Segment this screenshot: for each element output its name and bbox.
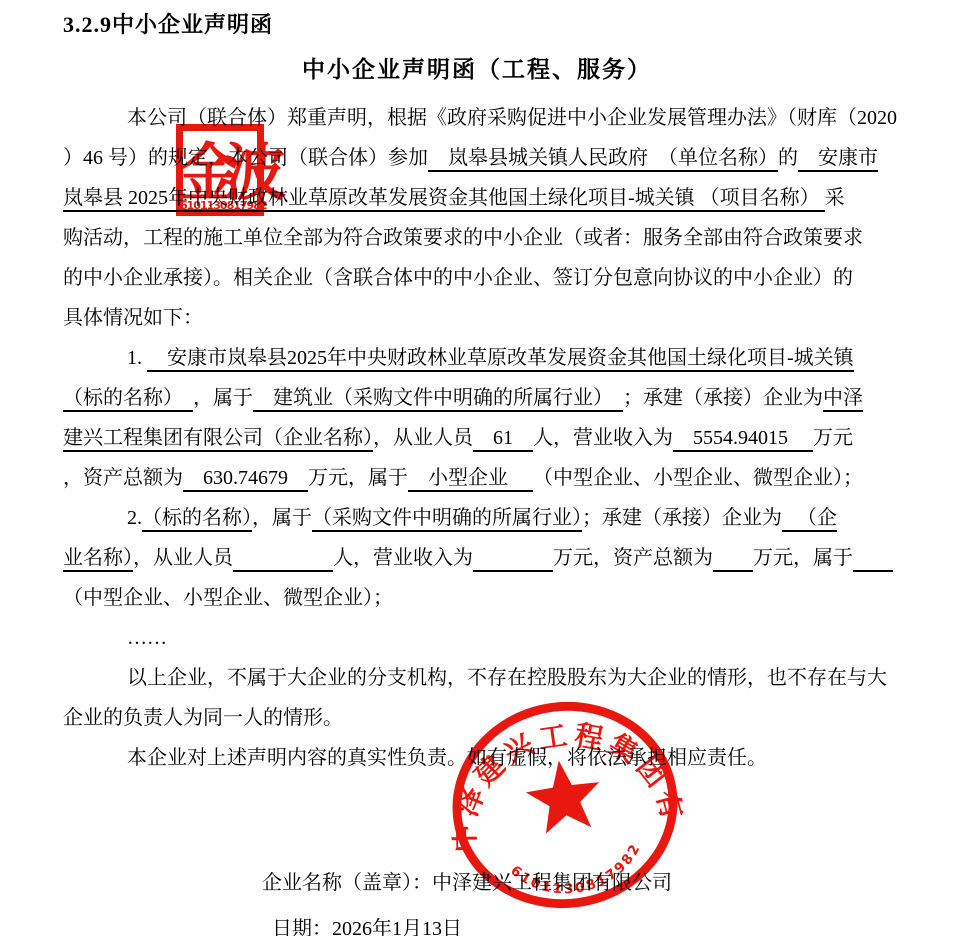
document-line: （中型企业、小型企业、微型企业）；: [63, 578, 905, 618]
filled-field: [233, 547, 333, 572]
text-segment: ，属于: [193, 387, 253, 409]
filled-field: 安康市岚皋县2025年中央财政林业草原改革发展资金其他国土绿化项目-城关镇: [147, 347, 854, 372]
company-name-label: 企业名称（盖章）：: [262, 872, 432, 894]
text-segment: ，从业人员: [373, 427, 473, 449]
text-segment: 以上企业，不属于大企业的分支机构，不存在控股股东为大企业的情形，也不存在与大: [127, 667, 887, 689]
text-segment: ；承建（承接）企业为: [623, 387, 823, 409]
document-line: 具体情况如下：: [63, 298, 905, 338]
document-line: 1. 安康市岚皋县2025年中央财政林业草原改革发展资金其他国土绿化项目-城关镇: [63, 338, 905, 378]
filled-field: 61: [473, 427, 533, 452]
text-segment: ，资产总额为: [63, 467, 183, 489]
text-segment: 采: [825, 187, 845, 209]
text-segment: 的中小企业承接）。相关企业（含联合体中的中小企业、签订分包意向协议的中小企业）的: [63, 267, 853, 289]
date-value: 2026年1月13日: [332, 918, 462, 936]
text-segment: （中型企业、小型企业、微型企业）；: [63, 587, 393, 609]
document-page: 3.2.9中小企业声明函 中小企业声明函（工程、服务） 本公司（联合体）郑重声明…: [0, 0, 954, 936]
document-line: 购活动，工程的施工单位全部为符合政策要求的中小企业（或者：服务全部由符合政策要求: [63, 218, 905, 258]
text-segment: 人，营业收入为: [333, 547, 473, 569]
text-segment: ……: [127, 627, 167, 649]
text-segment: ；承建（承接）企业为: [582, 507, 782, 529]
document-line: ，资产总额为 630.74679 万元，属于 小型企业 （中型企业、小型企业、微…: [63, 458, 905, 498]
filled-field: 5554.94015: [673, 427, 813, 452]
text-segment: 万元，属于: [308, 467, 408, 489]
filled-field: 建筑业（采购文件中明确的所属行业）: [253, 387, 623, 412]
filled-field: （标的名称）: [63, 387, 193, 412]
text-segment: 购活动，工程的施工单位全部为符合政策要求的中小企业（或者：服务全部由符合政策要求: [63, 227, 863, 249]
text-segment: 万元，资产总额为: [553, 547, 713, 569]
filled-field: 安康市: [798, 147, 878, 172]
filled-field: [853, 547, 893, 572]
page-title: 中小企业声明函（工程、服务）: [0, 54, 954, 86]
text-segment: 2.: [127, 507, 142, 529]
filled-field: 业名称）: [63, 547, 133, 572]
document-line: ……: [63, 618, 905, 658]
text-segment: 1.: [127, 347, 147, 369]
text-segment: 万元: [813, 427, 853, 449]
text-segment: 的: [778, 147, 798, 169]
filled-field: 小型企业: [408, 467, 533, 492]
filled-field: [473, 547, 553, 572]
filled-field: 岚皋县城关镇人民政府 （单位名称）: [428, 147, 778, 172]
name-stamp-number: 6101130817982: [180, 199, 267, 212]
filled-field: 630.74679: [183, 467, 308, 492]
document-line: （标的名称） ，属于 建筑业（采购文件中明确的所属行业） ；承建（承接）企业为中…: [63, 378, 905, 418]
text-segment: 人，营业收入为: [533, 427, 673, 449]
text-segment: 具体情况如下：: [63, 307, 203, 329]
text-segment: ，属于: [252, 507, 312, 529]
text-segment: 万元，属于: [753, 547, 853, 569]
document-line: 建兴工程集团有限公司（企业名称），从业人员 61 人，营业收入为 5554.94…: [63, 418, 905, 458]
text-segment: （中型企业、小型企业、微型企业）；: [533, 467, 863, 489]
filled-field: [713, 547, 753, 572]
filled-field: （采购文件中明确的所属行业）: [312, 507, 582, 532]
filled-field: （企: [782, 507, 837, 532]
name-stamp: 金波 6101130817982: [176, 124, 264, 216]
filled-field: （标的名称）: [142, 507, 252, 532]
document-line: 的中小企业承接）。相关企业（含联合体中的中小企业、签订分包意向协议的中小企业）的: [63, 258, 905, 298]
text-segment: 企业的负责人为同一人的情形。: [63, 707, 343, 729]
text-segment: ，从业人员: [133, 547, 233, 569]
document-line: 2.（标的名称），属于（采购文件中明确的所属行业）；承建（承接）企业为 （企: [63, 498, 905, 538]
date-label: 日期：: [272, 918, 332, 936]
filled-field: 中泽: [823, 387, 863, 412]
filled-field: 建兴工程集团有限公司（企业名称）: [63, 427, 373, 452]
document-line: 业名称），从业人员 人，营业收入为 万元，资产总额为 万元，属于: [63, 538, 905, 578]
seal-star-icon: [522, 755, 605, 835]
company-seal-stamp: 中泽建兴工程集团有限公司 6101130817982: [434, 681, 696, 929]
section-heading: 3.2.9中小企业声明函: [63, 10, 954, 40]
document-line: 以上企业，不属于大企业的分支机构，不存在控股股东为大企业的情形，也不存在与大: [63, 658, 905, 698]
